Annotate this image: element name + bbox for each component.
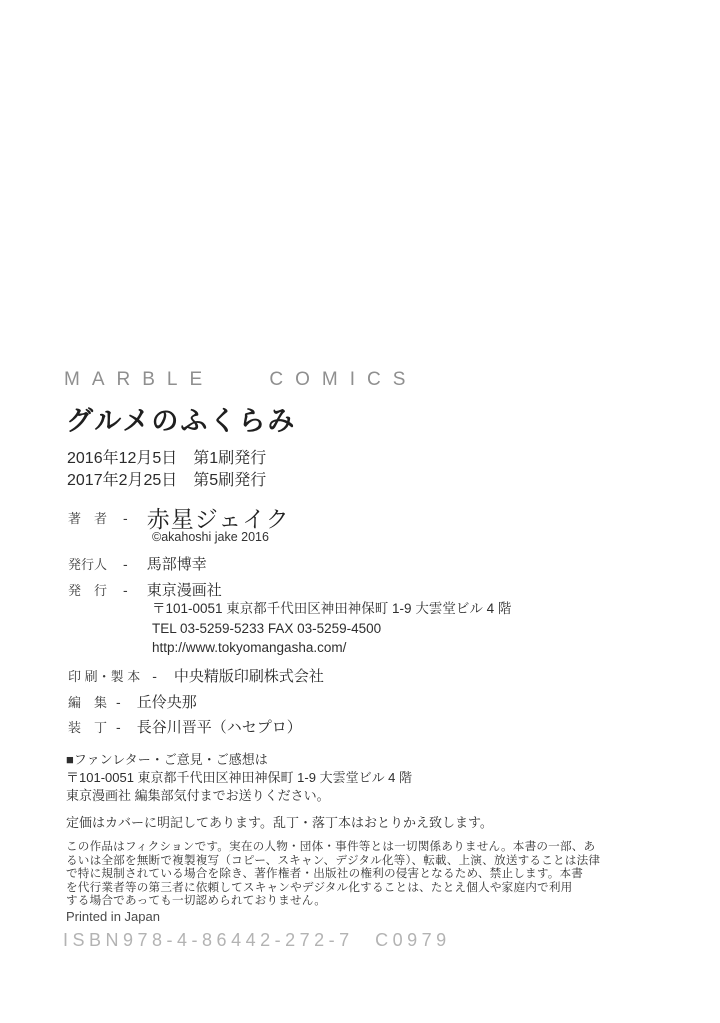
credit-label-author: 著 者 <box>68 508 107 527</box>
isbn-code: ISBN978-4-86442-272-7 C0979 <box>63 930 451 951</box>
price-note: 定価はカバーに明記してあります。乱丁・落丁本はおとりかえ致します。 <box>66 812 493 831</box>
fan-letter-address: 〒101-0051 東京都千代田区神田神保町 1-9 大雲堂ビル 4 階 <box>66 769 412 787</box>
book-title: グルメのふくらみ <box>66 399 296 438</box>
credit-label-publisher-person: 発行人 <box>68 554 107 573</box>
credit-label-publisher: 発 行 <box>68 580 107 599</box>
designer-name: 長谷川晋平（ハセプロ） <box>137 716 302 737</box>
legal-text: この作品はフィクションです。実在の人物・団体・事件等とは一切関係ありません。本書… <box>66 840 600 908</box>
fan-letter-heading: ■ファンレター・ご意見・ご感想は <box>66 751 412 769</box>
publisher-person-name: 馬部博幸 <box>147 553 207 574</box>
legal-line: で特に規制されている場合を除き、著作権者・出版社の権利の侵害となるため、禁止しま… <box>66 867 600 881</box>
edition-first-printing: 2016年12月5日 第1刷発行 <box>67 448 266 470</box>
editor-name: 丘伶央那 <box>137 691 197 712</box>
publisher-tel-fax: TEL 03-5259-5233 FAX 03-5259-4500 <box>152 619 511 639</box>
imprint-label: MARBLE COMICS <box>64 369 417 391</box>
printer-name: 中央精版印刷株式会社 <box>174 665 324 686</box>
credit-row-editor: 編 集 - 丘伶央那 <box>68 691 197 712</box>
legal-line: この作品はフィクションです。実在の人物・団体・事件等とは一切関係ありません。本書… <box>66 840 600 854</box>
credit-dash: - <box>123 582 128 598</box>
publisher-postal-address: 〒101-0051 東京都千代田区神田神保町 1-9 大雲堂ビル 4 階 <box>152 599 511 619</box>
credit-dash: - <box>152 668 157 684</box>
publisher-address-block: 〒101-0051 東京都千代田区神田神保町 1-9 大雲堂ビル 4 階TEL … <box>152 599 511 658</box>
credit-dash: - <box>116 719 121 735</box>
colophon-page: MARBLE COMICS グルメのふくらみ 2016年12月5日 第1刷発行2… <box>0 0 720 1023</box>
credit-row-publisher-person: 発行人 - 馬部博幸 <box>68 553 207 574</box>
edition-dates: 2016年12月5日 第1刷発行2017年2月25日 第5刷発行 <box>67 448 266 491</box>
copyright-line: ©akahoshi jake 2016 <box>152 530 269 544</box>
fan-letter-note: ■ファンレター・ご意見・ご感想は〒101-0051 東京都千代田区神田神保町 1… <box>66 751 412 805</box>
legal-line: を代行業者等の第三者に依頼してスキャンやデジタル化することは、たとえ個人や家庭内… <box>66 881 600 895</box>
credit-label-editor: 編 集 <box>68 692 107 711</box>
credit-dash: - <box>123 556 128 572</box>
printed-in-japan: Printed in Japan <box>66 909 160 924</box>
publisher-name: 東京漫画社 <box>147 579 222 600</box>
credit-row-publisher: 発 行 - 東京漫画社 <box>68 579 222 600</box>
credit-row-design: 装 丁 - 長谷川晋平（ハセプロ） <box>68 716 302 737</box>
legal-line: する場合であっても一切認められておりません。 <box>66 894 600 908</box>
credit-label-printer: 印 刷・製 本 <box>68 666 140 685</box>
fan-letter-closing: 東京漫画社 編集部気付までお送りください。 <box>66 787 412 805</box>
credit-row-printer: 印 刷・製 本 - 中央精版印刷株式会社 <box>68 665 324 686</box>
publisher-url: http://www.tokyomangasha.com/ <box>152 638 511 658</box>
credit-label-design: 装 丁 <box>68 717 107 736</box>
legal-line: るいは全部を無断で複製複写（コピー、スキャン、デジタル化等）、転載、上演、放送す… <box>66 854 600 868</box>
credit-dash: - <box>116 694 121 710</box>
edition-current-printing: 2017年2月25日 第5刷発行 <box>67 470 266 492</box>
credit-dash: - <box>123 510 128 526</box>
